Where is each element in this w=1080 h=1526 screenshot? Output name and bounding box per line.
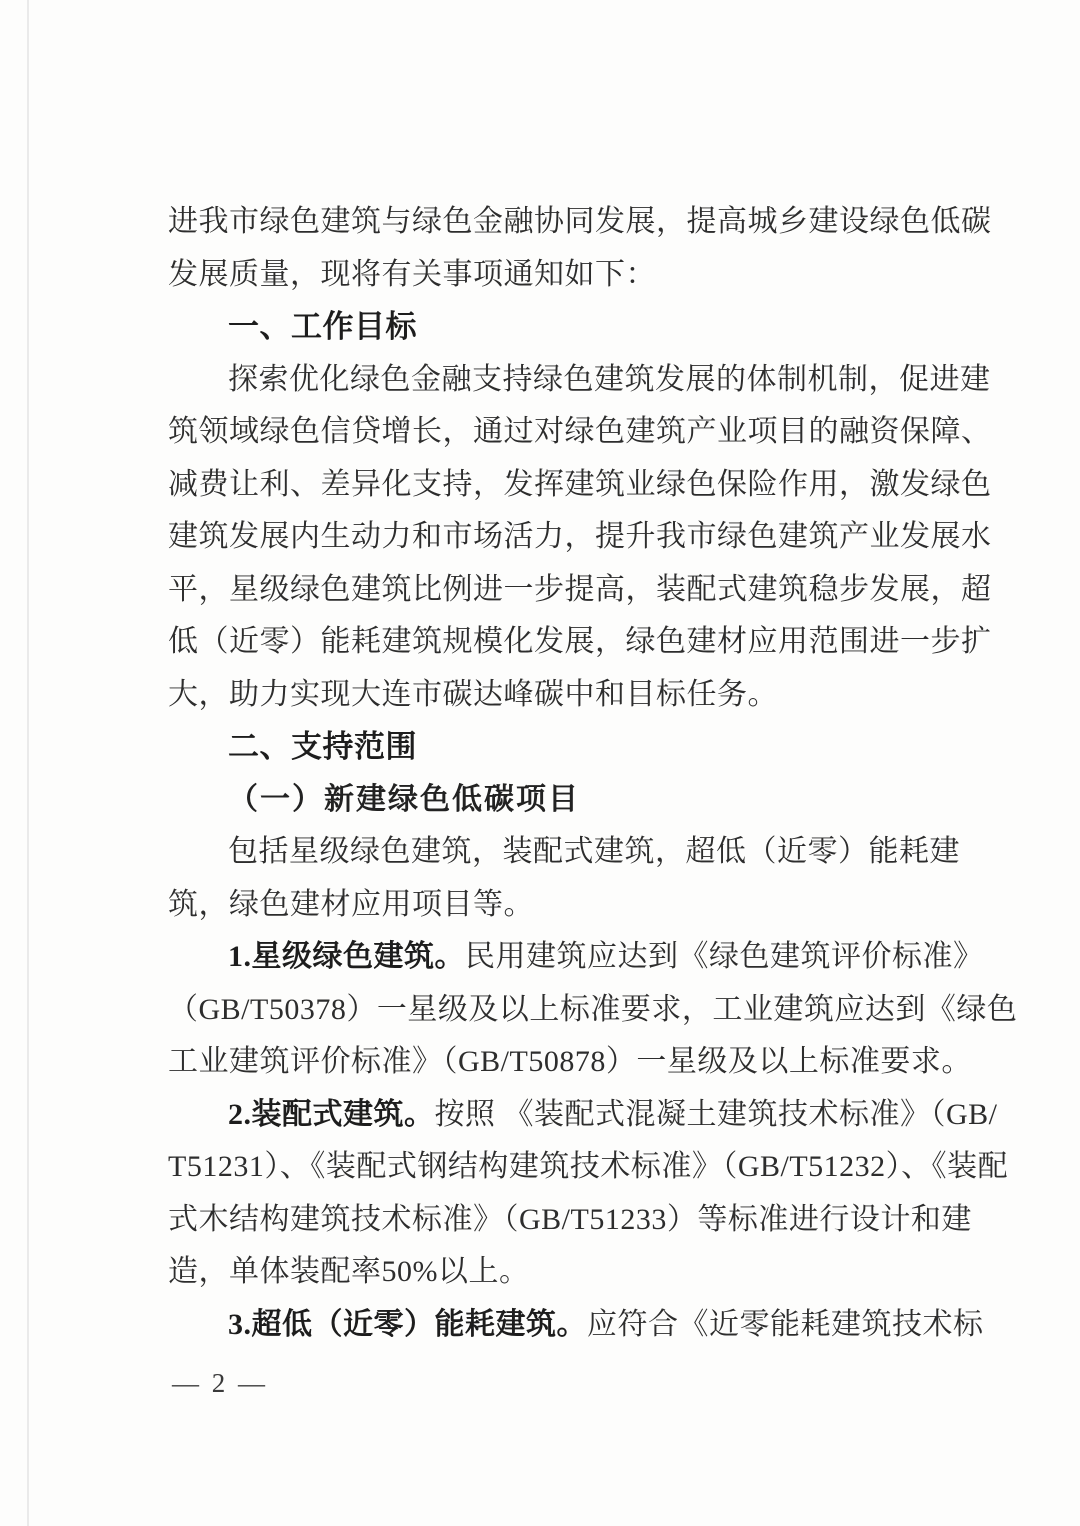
text-segment: 平，星级绿色建筑比例进一步提高，装配式建筑稳步发展，超 [168,573,992,606]
text-segment: 工业建筑评价标准》（GB/T50878）一星级及以上标准要求。 [168,1045,972,1078]
body-text-line: 进我市绿色建筑与绿色金融协同发展，提高城乡建设绿色低碳 [168,196,988,249]
body-text-line: 减费让利、差异化支持，发挥建筑业绿色保险作用，激发绿色 [168,459,988,512]
text-segment: （一）新建绿色低碳项目 [228,783,580,816]
text-segment: 减费让利、差异化支持，发挥建筑业绿色保险作用，激发绿色 [168,468,992,501]
body-text-line: 1.星级绿色建筑。民用建筑应达到《绿色建筑评价标准》 [168,931,988,984]
text-segment: 建筑发展内生动力和市场活力，提升我市绿色建筑产业发展水 [168,520,992,553]
text-segment: 发展质量，现将有关事项通知如下： [168,258,656,291]
body-text-line: 大，助力实现大连市碳达峰碳中和目标任务。 [168,669,988,722]
scan-edge-line [27,0,29,1526]
page-number: — 2 — [172,1368,268,1399]
body-text-line: 低（近零）能耗建筑规模化发展，绿色建材应用范围进一步扩 [168,616,988,669]
body-text-line: 式木结构建筑技术标准》（GB/T51233）等标准进行设计和建 [168,1194,988,1247]
text-segment: 包括星级绿色建筑，装配式建筑，超低（近零）能耗建 [228,835,960,868]
body-text-line: 筑，绿色建材应用项目等。 [168,879,988,932]
body-text-line: T51231）、《装配式钢结构建筑技术标准》（GB/T51232）、《装配 [168,1141,988,1194]
body-text-line: 探索优化绿色金融支持绿色建筑发展的体制机制，促进建 [168,354,988,407]
text-segment: 进我市绿色建筑与绿色金融协同发展，提高城乡建设绿色低碳 [168,205,992,238]
document-body: 进我市绿色建筑与绿色金融协同发展，提高城乡建设绿色低碳发展质量，现将有关事项通知… [168,196,988,1351]
body-text-line: 3.超低（近零）能耗建筑。应符合《近零能耗建筑技术标 [168,1299,988,1352]
body-text-line: 包括星级绿色建筑，装配式建筑，超低（近零）能耗建 [168,826,988,879]
body-text-line: 平，星级绿色建筑比例进一步提高，装配式建筑稳步发展，超 [168,564,988,617]
body-text-line: 发展质量，现将有关事项通知如下： [168,249,988,302]
text-segment: 造，单体装配率50%以上。 [168,1255,530,1288]
subsection-heading: （一）新建绿色低碳项目 [168,774,988,827]
bold-lead-text: 2.装配式建筑。 [228,1098,435,1131]
bold-lead-text: 1.星级绿色建筑。 [228,940,465,973]
text-segment: 大，助力实现大连市碳达峰碳中和目标任务。 [168,678,778,711]
body-text-line: 筑领域绿色信贷增长，通过对绿色建筑产业项目的融资保障、 [168,406,988,459]
text-segment: 民用建筑应达到《绿色建筑评价标准》 [465,940,984,973]
text-segment: （GB/T50378）一星级及以上标准要求，工业建筑应达到《绿色 [168,993,1017,1026]
bold-lead-text: 3.超低（近零）能耗建筑。 [228,1308,587,1341]
body-text-line: 工业建筑评价标准》（GB/T50878）一星级及以上标准要求。 [168,1036,988,1089]
text-segment: T51231）、《装配式钢结构建筑技术标准》（GB/T51232）、《装配 [168,1150,1008,1183]
body-text-line: （GB/T50378）一星级及以上标准要求，工业建筑应达到《绿色 [168,984,988,1037]
text-segment: 应符合《近零能耗建筑技术标 [587,1308,984,1341]
bold-lead-text: 一、工作目标 [228,309,417,344]
document-page: 进我市绿色建筑与绿色金融协同发展，提高城乡建设绿色低碳发展质量，现将有关事项通知… [0,0,1080,1526]
text-segment: 式木结构建筑技术标准》（GB/T51233）等标准进行设计和建 [168,1203,972,1236]
text-segment: 按照 《装配式混凝土建筑技术标准》（GB/ [435,1098,998,1131]
text-segment: 低（近零）能耗建筑规模化发展，绿色建材应用范围进一步扩 [168,625,992,658]
text-segment: 筑领域绿色信贷增长，通过对绿色建筑产业项目的融资保障、 [168,415,992,448]
section-heading: 一、工作目标 [168,301,988,354]
body-text-line: 造，单体装配率50%以上。 [168,1246,988,1299]
body-text-line: 2.装配式建筑。按照 《装配式混凝土建筑技术标准》（GB/ [168,1089,988,1142]
bold-lead-text: 二、支持范围 [228,729,417,764]
section-heading: 二、支持范围 [168,721,988,774]
text-segment: 探索优化绿色金融支持绿色建筑发展的体制机制，促进建 [228,363,991,396]
text-segment: 筑，绿色建材应用项目等。 [168,888,534,921]
body-text-line: 建筑发展内生动力和市场活力，提升我市绿色建筑产业发展水 [168,511,988,564]
